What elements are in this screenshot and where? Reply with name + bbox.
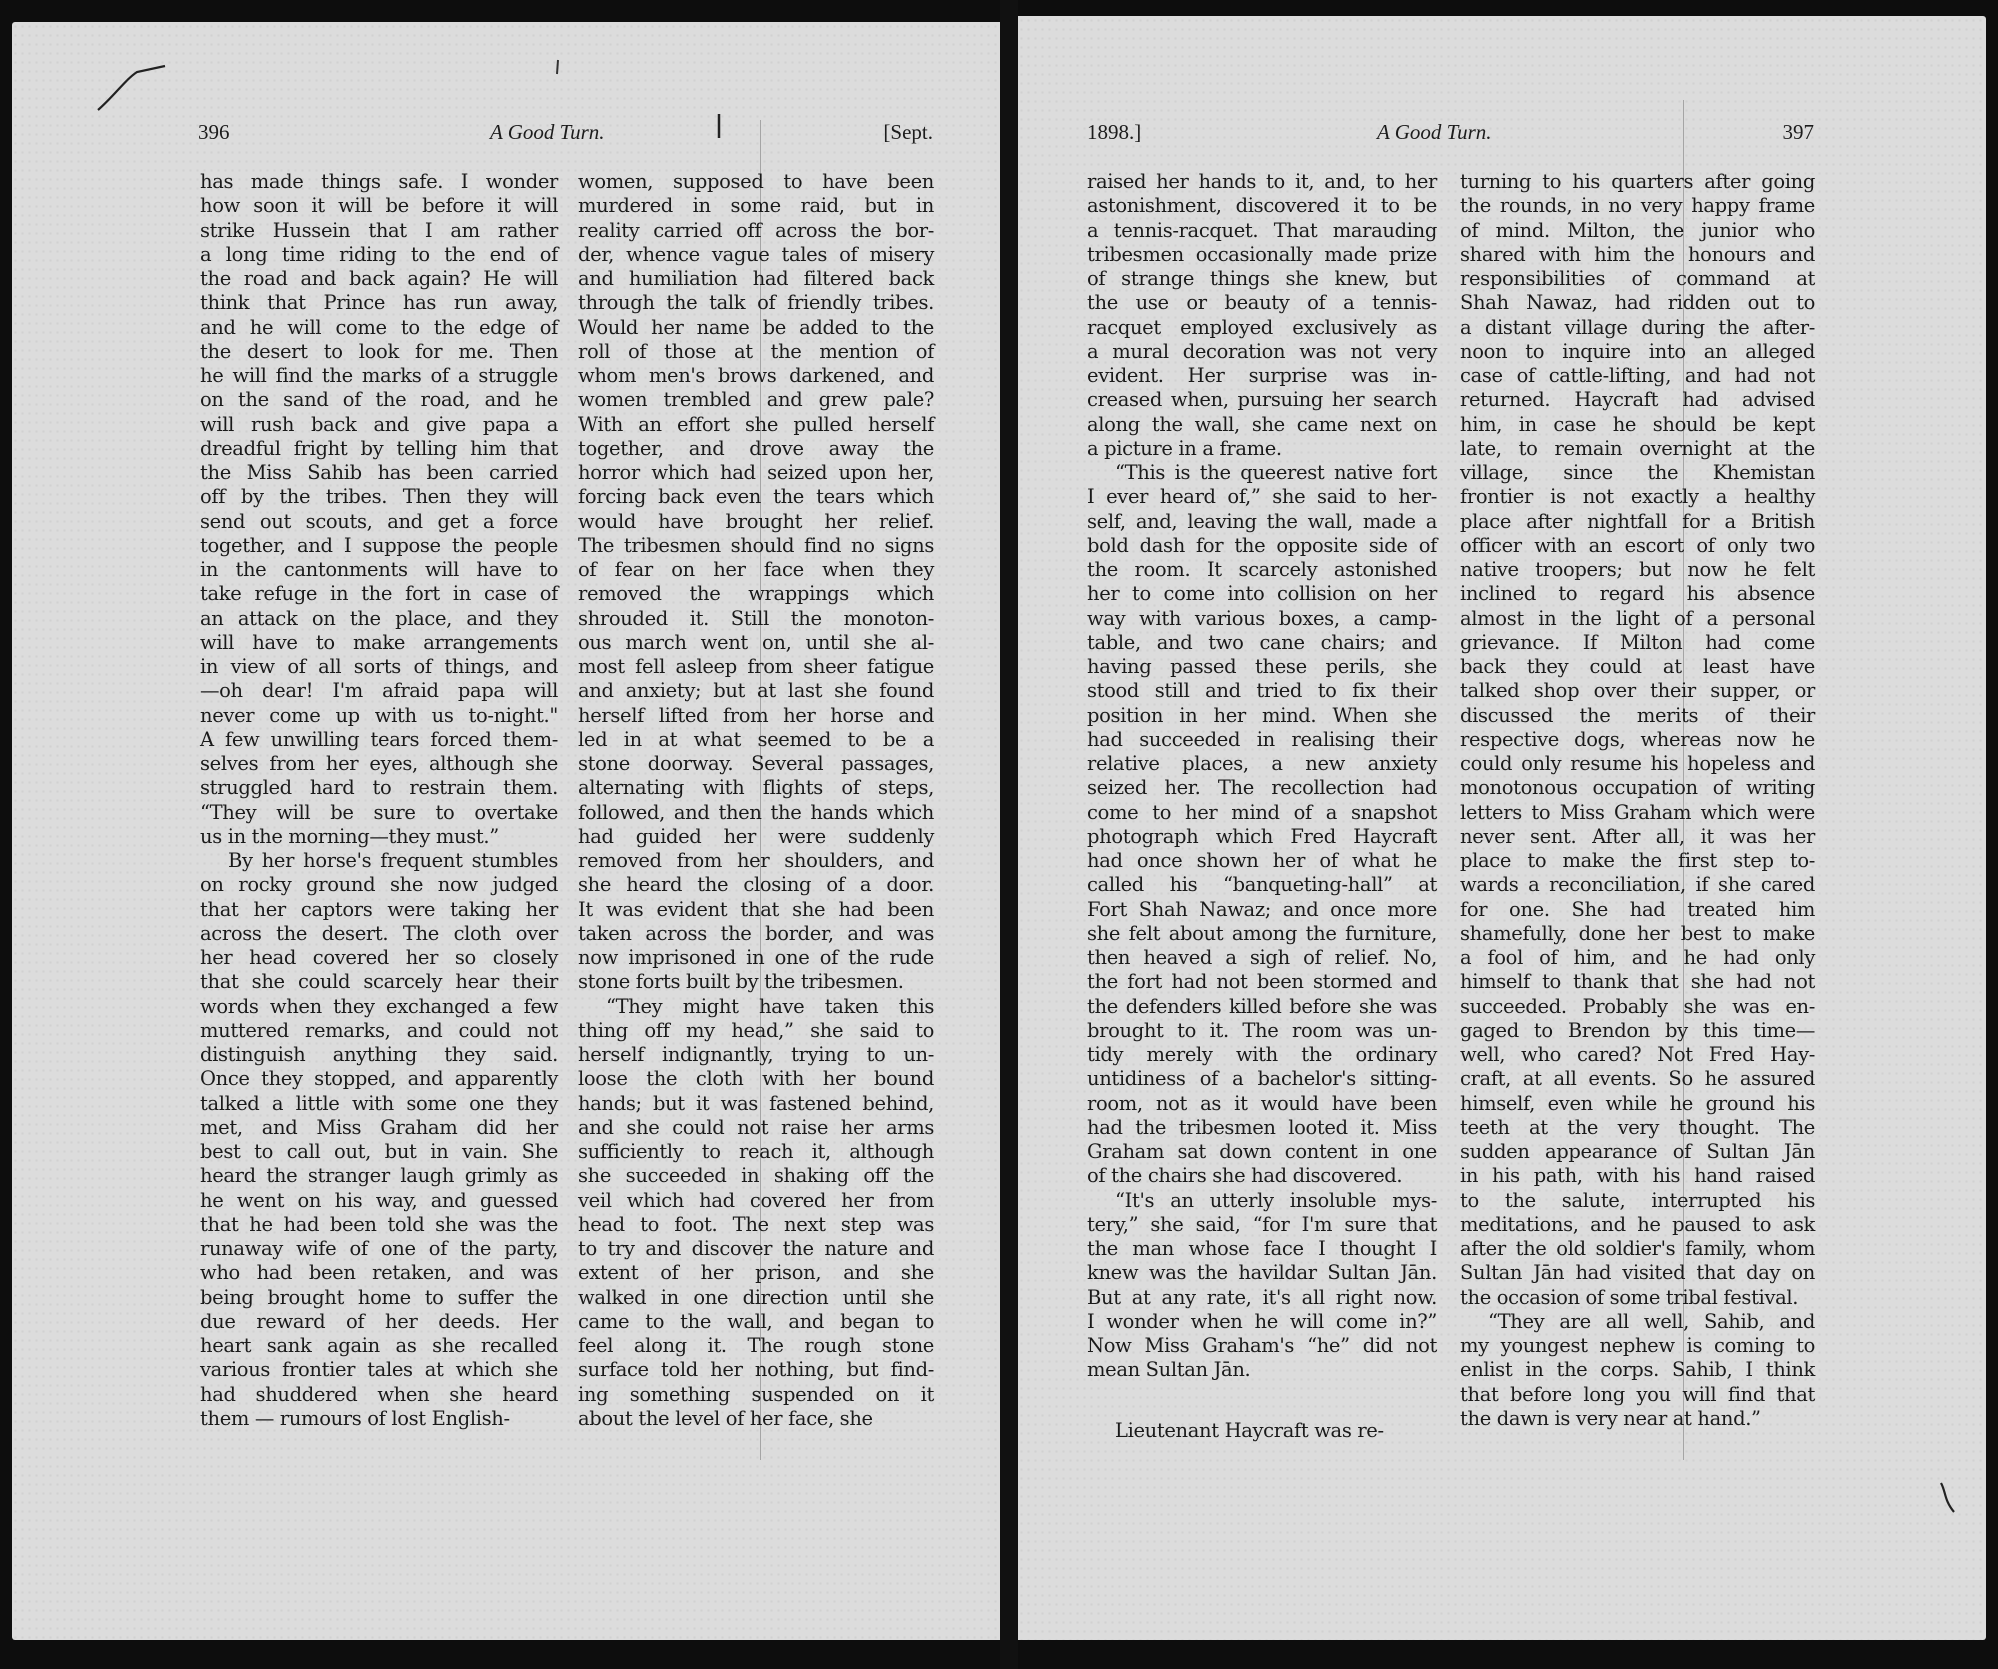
text-line: stone forts built by the tribesmen.	[578, 970, 934, 994]
text-line: extent of her prison, and she	[578, 1261, 934, 1285]
text-line: Fort Shah Nawaz; and once more	[1087, 898, 1437, 922]
text-line: tery,” she said, “for I'm sure that	[1087, 1213, 1437, 1237]
text-line: women, supposed to have been	[578, 170, 934, 194]
text-line: ous march went on, until she al-	[578, 631, 934, 655]
text-line: had guided her were suddenly	[578, 825, 934, 849]
text-line: distinguish anything they said.	[200, 1043, 558, 1067]
text-line: various frontier tales at which she	[200, 1358, 558, 1382]
text-line: himself, even while he ground his	[1460, 1092, 1815, 1116]
text-line: herself lifted from her horse and	[578, 704, 934, 728]
text-line: muttered remarks, and could not	[200, 1019, 558, 1043]
text-line: the fort had not been stormed and	[1087, 970, 1437, 994]
text-line: the Miss Sahib has been carried	[200, 461, 558, 485]
text-line: With an effort she pulled herself	[578, 413, 934, 437]
pencil-squiggle-icon	[1938, 1480, 1958, 1520]
text-line: the road and back again? He will	[200, 267, 558, 291]
text-line: my youngest nephew is coming to	[1460, 1334, 1815, 1358]
text-line: late, to remain overnight at the	[1460, 437, 1815, 461]
text-line: evident. Her surprise was in-	[1087, 364, 1437, 388]
text-line: send out scouts, and get a force	[200, 510, 558, 534]
text-line: photograph which Fred Haycraft	[1087, 825, 1437, 849]
text-line: women trembled and grew pale?	[578, 388, 934, 412]
text-line: frontier is not exactly a healthy	[1460, 485, 1815, 509]
text-line: due reward of her deeds. Her	[200, 1310, 558, 1334]
text-line: removed from her shoulders, and	[578, 849, 934, 873]
text-line: “They will be sure to overtake	[200, 801, 558, 825]
text-line: relative places, a new anxiety	[1087, 752, 1437, 776]
text-line: to try and discover the nature and	[578, 1237, 934, 1261]
text-line: could only resume his hopeless and	[1460, 752, 1815, 776]
text-line: and she could not raise her arms	[578, 1116, 934, 1140]
text-line: will have to make arrangements	[200, 631, 558, 655]
text-line: and he will come to the edge of	[200, 316, 558, 340]
text-line: astonishment, discovered it to be	[1087, 194, 1437, 218]
text-line: almost in the light of a personal	[1460, 607, 1815, 631]
text-line: position in her mind. When she	[1087, 704, 1437, 728]
text-line: who had been retaken, and was	[200, 1261, 558, 1285]
text-line: raised her hands to it, and, to her	[1087, 170, 1437, 194]
text-line: forcing back even the tears which	[578, 485, 934, 509]
text-line: the man whose face I thought I	[1087, 1237, 1437, 1261]
text-line: dreadful fright by telling him that	[200, 437, 558, 461]
text-line: together, and I suppose the people	[200, 534, 558, 558]
text-line: brought to it. The room was un-	[1087, 1019, 1437, 1043]
text-line: think that Prince has run away,	[200, 291, 558, 315]
text-line: had shuddered when she heard	[200, 1383, 558, 1407]
text-line: after the old soldier's family, whom	[1460, 1237, 1815, 1261]
text-line: “This is the queerest native fort	[1087, 461, 1437, 485]
text-line: shamefully, done her best to make	[1460, 922, 1815, 946]
text-line: horror which had seized upon her,	[578, 461, 934, 485]
text-line: called his “banqueting-hall” at	[1087, 873, 1437, 897]
text-line: then heaved a sigh of relief. No,	[1087, 946, 1437, 970]
text-line: creased when, pursuing her search	[1087, 388, 1437, 412]
text-line: in his path, with his hand raised	[1460, 1164, 1815, 1188]
text-line: would have brought her relief.	[578, 510, 934, 534]
text-line: stone doorway. Several passages,	[578, 752, 934, 776]
text-line: knew was the havildar Sultan Jān.	[1087, 1261, 1437, 1285]
text-line: hands; but it was fastened behind,	[578, 1092, 934, 1116]
text-line: returned. Haycraft had advised	[1460, 388, 1815, 412]
text-line: untidiness of a bachelor's sitting-	[1087, 1067, 1437, 1091]
text-line: By her horse's frequent stumbles	[200, 849, 558, 873]
text-line: self, and, leaving the wall, made a	[1087, 510, 1437, 534]
text-line: I wonder when he will come in?”	[1087, 1310, 1437, 1334]
text-line: Now Miss Graham's “he” did not	[1087, 1334, 1437, 1358]
text-line: and humiliation had filtered back	[578, 267, 934, 291]
text-line: the rounds, in no very happy frame	[1460, 194, 1815, 218]
text-line: her head covered her so closely	[200, 946, 558, 970]
text-line: met, and Miss Graham did her	[200, 1116, 558, 1140]
pencil-mark-icon	[95, 60, 175, 115]
text-line: place after nightfall for a British	[1460, 510, 1815, 534]
text-line: “It's an utterly insoluble mys-	[1087, 1189, 1437, 1213]
text-line: place to make the first step to-	[1460, 849, 1815, 873]
date-mark: 1898.]	[1087, 120, 1141, 145]
text-line: discussed the merits of their	[1460, 704, 1815, 728]
text-line: along the wall, she came next on	[1087, 413, 1437, 437]
text-line: —oh dear! I'm afraid papa will	[200, 679, 558, 703]
text-line: I ever heard of,” she said to her-	[1087, 485, 1437, 509]
text-line: through the talk of friendly tribes.	[578, 291, 934, 315]
text-line: that before long you will find that	[1460, 1383, 1815, 1407]
text-line: A few unwilling tears forced them-	[200, 728, 558, 752]
text-line: never come up with us to-night."	[200, 704, 558, 728]
text-line: It was evident that she had been	[578, 898, 934, 922]
text-line: sufficiently to reach it, although	[578, 1140, 934, 1164]
text-line: murdered in some raid, but in	[578, 194, 934, 218]
text-line: came to the wall, and began to	[578, 1310, 934, 1334]
text-line: gaged to Brendon by this time—	[1460, 1019, 1815, 1043]
text-line: of strange things she knew, but	[1087, 267, 1437, 291]
text-line: grievance. If Milton had come	[1460, 631, 1815, 655]
text-line: “They might have taken this	[578, 995, 934, 1019]
text-line: a picture in a frame.	[1087, 437, 1437, 461]
text-line: us in the morning—they must.”	[200, 825, 558, 849]
text-line: noon to inquire into an alleged	[1460, 340, 1815, 364]
text-line: But at any rate, it's all right now.	[1087, 1286, 1437, 1310]
text-line: had once shown her of what he	[1087, 849, 1437, 873]
text-line: him, in case he should be kept	[1460, 413, 1815, 437]
text-line: feel along it. The rough stone	[578, 1334, 934, 1358]
running-title: A Good Turn.	[490, 120, 605, 145]
text-line: loose the cloth with her bound	[578, 1067, 934, 1091]
book-gutter	[1000, 0, 1018, 1669]
text-line: together, and drove away the	[578, 437, 934, 461]
text-line: room, not as it would have been	[1087, 1092, 1437, 1116]
text-line: sudden appearance of Sultan Jān	[1460, 1140, 1815, 1164]
text-line: off by the tribes. Then they will	[200, 485, 558, 509]
page-number: 397	[1783, 120, 1815, 145]
text-line: seized her. The recollection had	[1087, 776, 1437, 800]
text-line: she succeeded in shaking off the	[578, 1164, 934, 1188]
text-line: wards a reconciliation, if she cared	[1460, 873, 1815, 897]
text-line: inclined to regard his absence	[1460, 582, 1815, 606]
text-line: Would her name be added to the	[578, 316, 934, 340]
text-line: table, and two cane chairs; and	[1087, 631, 1437, 655]
text-line: led in at what seemed to be a	[578, 728, 934, 752]
text-line: selves from her eyes, although she	[200, 752, 558, 776]
text-line: mean Sultan Jān.	[1087, 1358, 1437, 1382]
right-running-head: 1898.] A Good Turn. 397	[1087, 120, 1814, 150]
text-line: The tribesmen should find no signs	[578, 534, 934, 558]
text-line: a mural decoration was not very	[1087, 340, 1437, 364]
left-column-1: has made things safe. I wonderhow soon i…	[200, 170, 558, 1431]
text-line: tidy merely with the ordinary	[1087, 1043, 1437, 1067]
text-line: her to come into collision on her	[1087, 582, 1437, 606]
text-line: Once they stopped, and apparently	[200, 1067, 558, 1091]
text-line: the room. It scarcely astonished	[1087, 558, 1437, 582]
text-line: “They are all well, Sahib, and	[1460, 1310, 1815, 1334]
text-line: on the sand of the road, and he	[200, 388, 558, 412]
text-line: succeeded. Probably she was en-	[1460, 995, 1815, 1019]
text-line: strike Hussein that I am rather	[200, 219, 558, 243]
text-line: veil which had covered her from	[578, 1189, 934, 1213]
text-line: runaway wife of one of the party,	[200, 1237, 558, 1261]
left-column-2: women, supposed to have beenmurdered in …	[578, 170, 934, 1431]
text-line: of fear on her face when they	[578, 558, 934, 582]
text-line: heard the stranger laugh grimly as	[200, 1164, 558, 1188]
text-line: a fool of him, and he had only	[1460, 946, 1815, 970]
text-line: ing something suspended on it	[578, 1383, 934, 1407]
text-line: he will find the marks of a struggle	[200, 364, 558, 388]
text-line: in view of all sorts of things, and	[200, 655, 558, 679]
text-line: he went on his way, and guessed	[200, 1189, 558, 1213]
text-line: for one. She had treated him	[1460, 898, 1815, 922]
text-line: that her captors were taking her	[200, 898, 558, 922]
text-line: talked shop over their supper, or	[1460, 679, 1815, 703]
text-line: surface told her nothing, but find-	[578, 1358, 934, 1382]
pencil-tick-icon	[553, 58, 563, 78]
text-line: words when they exchanged a few	[200, 995, 558, 1019]
text-line: Shah Nawaz, had ridden out to	[1460, 291, 1815, 315]
text-line: der, whence vague tales of misery	[578, 243, 934, 267]
text-line: about the level of her face, she	[578, 1407, 934, 1431]
text-line: Lieutenant Haycraft was re-	[1087, 1419, 1437, 1443]
running-title: A Good Turn.	[1377, 120, 1492, 145]
text-line: had the tribesmen looted it. Miss	[1087, 1116, 1437, 1140]
text-line: struggled hard to restrain them.	[200, 776, 558, 800]
text-line: having passed these perils, she	[1087, 655, 1437, 679]
text-line: stood still and tried to fix their	[1087, 679, 1437, 703]
text-line: racquet employed exclusively as	[1087, 316, 1437, 340]
text-line	[1087, 1383, 1437, 1419]
text-line: removed the wrappings which	[578, 582, 934, 606]
text-line: teeth at the very thought. The	[1460, 1116, 1815, 1140]
text-line: reality carried off across the bor-	[578, 219, 934, 243]
text-line: come to her mind of a snapshot	[1087, 801, 1437, 825]
text-line: to the salute, interrupted his	[1460, 1189, 1815, 1213]
text-line: that he had been told she was the	[200, 1213, 558, 1237]
text-line: shrouded it. Still the monoton-	[578, 607, 934, 631]
text-line: an attack on the place, and they	[200, 607, 558, 631]
text-line: the desert to look for me. Then	[200, 340, 558, 364]
text-line: how soon it will be before it will	[200, 194, 558, 218]
text-line: Graham sat down content in one	[1087, 1140, 1437, 1164]
text-line: back they could at least have	[1460, 655, 1815, 679]
text-line: now imprisoned in one of the rude	[578, 946, 934, 970]
text-line: head to foot. The next step was	[578, 1213, 934, 1237]
text-line: of mind. Milton, the junior who	[1460, 219, 1815, 243]
text-line: she felt about among the furniture,	[1087, 922, 1437, 946]
text-line: Sultan Jān had visited that day on	[1460, 1261, 1815, 1285]
text-line: them — rumours of lost English-	[200, 1407, 558, 1431]
date-mark: [Sept.	[883, 120, 933, 145]
text-line: a distant village during the after-	[1460, 316, 1815, 340]
page-number: 396	[198, 120, 230, 145]
text-line: walked in one direction until she	[578, 1286, 934, 1310]
text-line: a long time riding to the end of	[200, 243, 558, 267]
text-line: village, since the Khemistan	[1460, 461, 1815, 485]
text-line: the dawn is very near at hand.”	[1460, 1407, 1815, 1431]
text-line: the use or beauty of a tennis-	[1087, 291, 1437, 315]
text-line: alternating with flights of steps,	[578, 776, 934, 800]
text-line: native troopers; but now he felt	[1460, 558, 1815, 582]
text-line: craft, at all events. So he assured	[1460, 1067, 1815, 1091]
text-line: tribesmen occasionally made prize	[1087, 243, 1437, 267]
right-column-2: turning to his quarters after goingthe r…	[1460, 170, 1815, 1431]
text-line: turning to his quarters after going	[1460, 170, 1815, 194]
text-line: letters to Miss Graham which were	[1460, 801, 1815, 825]
text-line: of the chairs she had discovered.	[1087, 1164, 1437, 1188]
text-line: a tennis-racquet. That marauding	[1087, 219, 1437, 243]
text-line: monotonous occupation of writing	[1460, 776, 1815, 800]
text-line: well, who cared? Not Fred Hay-	[1460, 1043, 1815, 1067]
text-line: officer with an escort of only two	[1460, 534, 1815, 558]
text-line: on rocky ground she now judged	[200, 873, 558, 897]
text-line: herself indignantly, trying to un-	[578, 1043, 934, 1067]
text-line: in the cantonments will have to	[200, 558, 558, 582]
text-line: and anxiety; but at last she found	[578, 679, 934, 703]
text-line: bold dash for the opposite side of	[1087, 534, 1437, 558]
text-line: taken across the border, and was	[578, 922, 934, 946]
right-column-1: raised her hands to it, and, to heraston…	[1087, 170, 1437, 1443]
text-line: himself to thank that she had not	[1460, 970, 1815, 994]
text-line: talked a little with some one they	[200, 1092, 558, 1116]
text-line: whom men's brows darkened, and	[578, 364, 934, 388]
text-line: take refuge in the fort in case of	[200, 582, 558, 606]
text-line: thing off my head,” she said to	[578, 1019, 934, 1043]
text-line: case of cattle-lifting, and had not	[1460, 364, 1815, 388]
text-line: followed, and then the hands which	[578, 801, 934, 825]
text-line: will rush back and give papa a	[200, 413, 558, 437]
text-line: being brought home to suffer the	[200, 1286, 558, 1310]
text-line: the defenders killed before she was	[1087, 995, 1437, 1019]
text-line: most fell asleep from sheer fatigue	[578, 655, 934, 679]
text-line: heart sank again as she recalled	[200, 1334, 558, 1358]
text-line: shared with him the honours and	[1460, 243, 1815, 267]
text-line: the occasion of some tribal festival.	[1460, 1286, 1815, 1310]
text-line: way with various boxes, a camp-	[1087, 607, 1437, 631]
text-line: that she could scarcely hear their	[200, 970, 558, 994]
text-line: responsibilities of command at	[1460, 267, 1815, 291]
text-line: respective dogs, whereas now he	[1460, 728, 1815, 752]
text-line: across the desert. The cloth over	[200, 922, 558, 946]
text-line: meditations, and he paused to ask	[1460, 1213, 1815, 1237]
text-line: she heard the closing of a door.	[578, 873, 934, 897]
text-line: has made things safe. I wonder	[200, 170, 558, 194]
text-line: never sent. After all, it was her	[1460, 825, 1815, 849]
text-line: had succeeded in realising their	[1087, 728, 1437, 752]
text-line: enlist in the corps. Sahib, I think	[1460, 1358, 1815, 1382]
left-running-head: 396 A Good Turn. [Sept.	[198, 120, 933, 150]
text-line: best to call out, but in vain. She	[200, 1140, 558, 1164]
text-line: roll of those at the mention of	[578, 340, 934, 364]
